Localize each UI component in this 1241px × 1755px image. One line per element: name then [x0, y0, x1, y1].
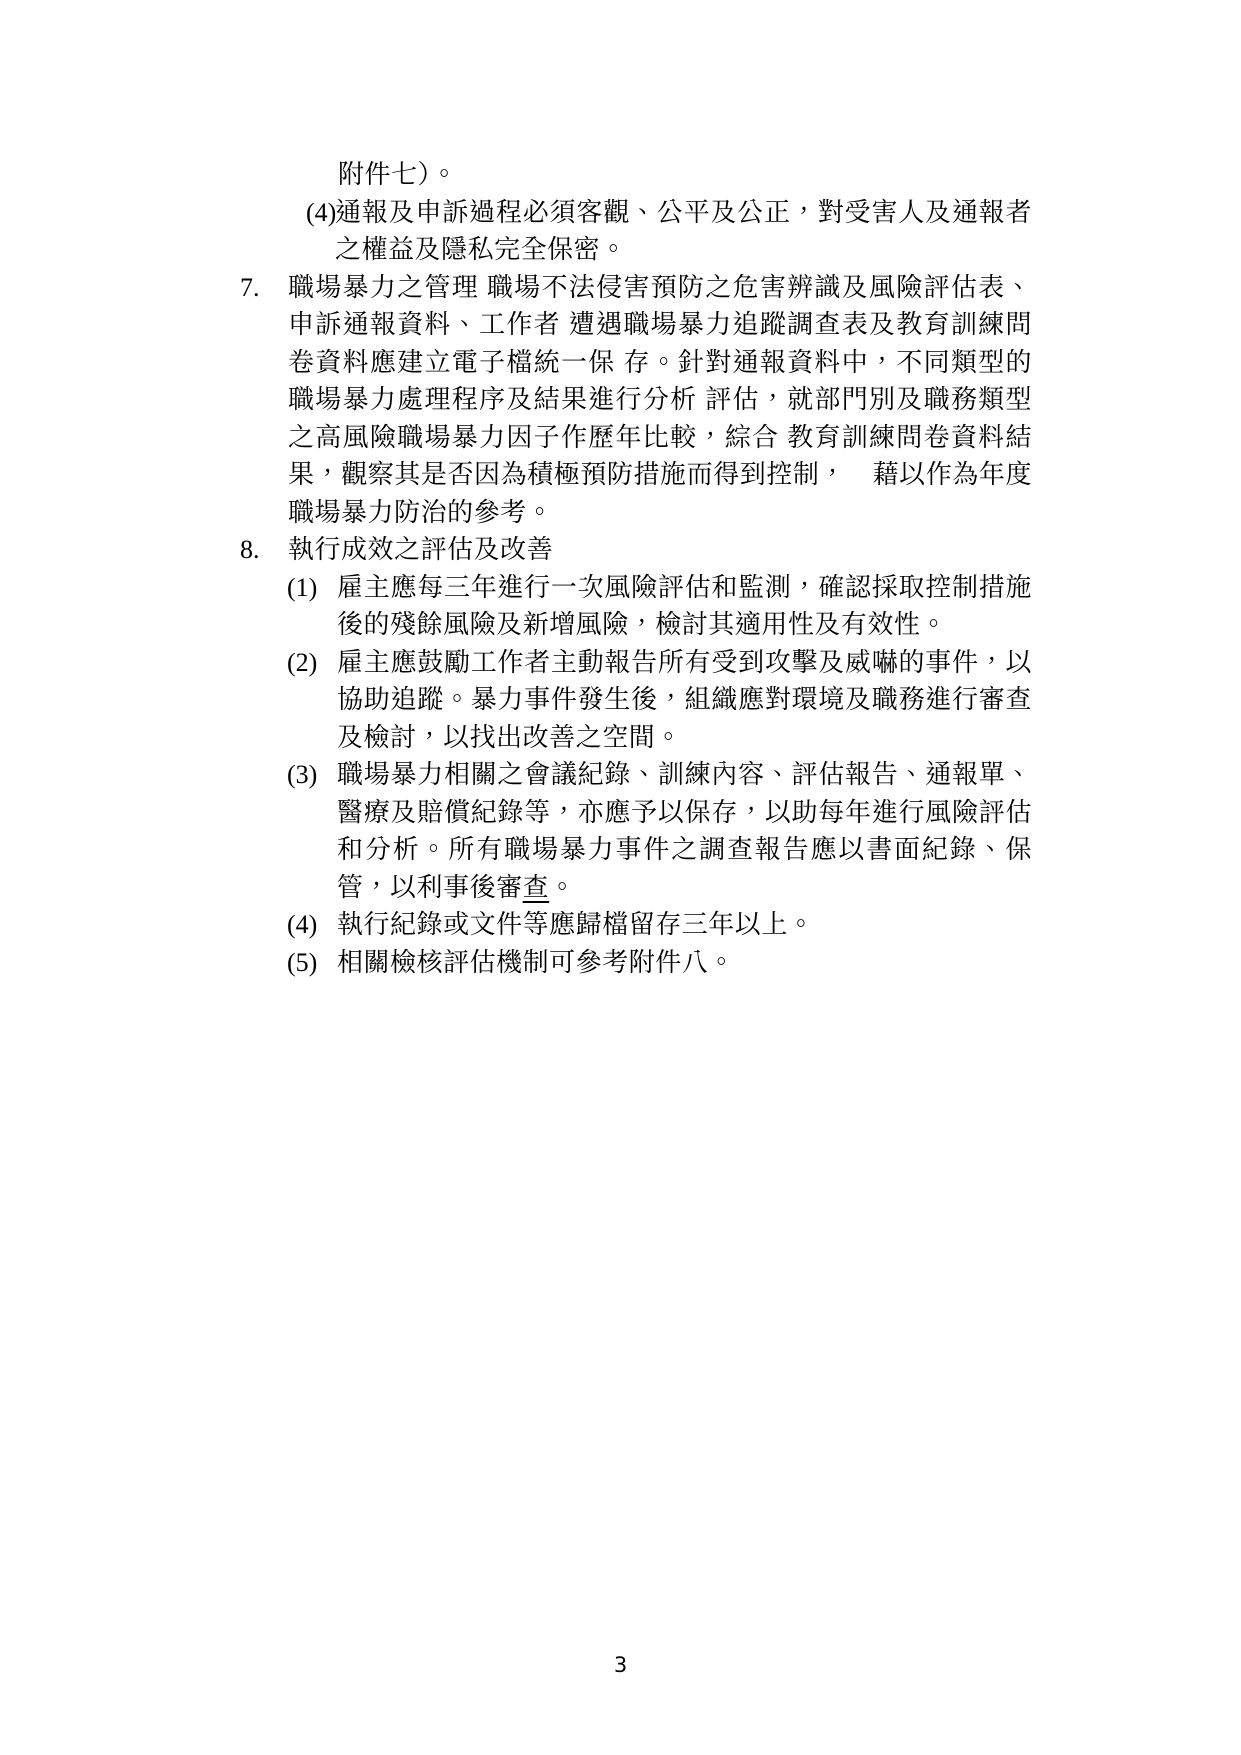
list-item-prev-4: (4)通報及申訴過程必須客觀、公平及公正，對受害人及通報者之權益及隱私完全保密。: [240, 194, 1032, 269]
list-item-marker: (4): [287, 906, 317, 944]
underlined-text: 查: [523, 873, 550, 902]
list-item-marker: (4): [306, 194, 336, 232]
list-item-marker: (3): [287, 756, 317, 794]
document-body: 附件七）。 (4)通報及申訴過程必須客觀、公平及公正，對受害人及通報者之權益及隱…: [240, 156, 1032, 981]
list-item-text: 職場暴力之管理 職場不法侵害預防之危害辨識及風險評估表、申訴通報資料、工作者 遭…: [288, 273, 1032, 527]
list-item-8-2: (2)雇主應鼓勵工作者主動報告所有受到攻擊及威嚇的事件，以協助追蹤。暴力事件發生…: [240, 644, 1032, 757]
list-item-marker: (5): [287, 944, 317, 982]
page-number: 3: [0, 1651, 1241, 1679]
list-item-text: 執行紀錄或文件等應歸檔留存三年以上。: [337, 910, 814, 939]
list-item-text: 職場暴力相關之會議紀錄、訓練內容、評估報告、通報單、醫療及賠償紀錄等，亦應予以保…: [337, 760, 1032, 902]
list-item-marker: 8.: [240, 531, 260, 569]
list-item-text: 通報及申訴過程必須客觀、公平及公正，對受害人及通報者之權益及隱私完全保密。: [335, 198, 1032, 265]
list-item-text: 相關檢核評估機制可參考附件八。: [337, 948, 735, 977]
list-item-text-tail: 。: [549, 873, 576, 902]
list-item-8-5: (5)相關檢核評估機制可參考附件八。: [240, 944, 1032, 982]
list-item-text: 雇主應每三年進行一次風險評估和監測，確認採取控制措施後的殘餘風險及新增風險，檢討…: [337, 573, 1032, 640]
continuation-line: 附件七）。: [240, 156, 1032, 194]
list-item-8-1: (1)雇主應每三年進行一次風險評估和監測，確認採取控制措施後的殘餘風險及新增風險…: [240, 569, 1032, 644]
list-item-marker: 7.: [240, 269, 260, 307]
list-item-text: 雇主應鼓勵工作者主動報告所有受到攻擊及威嚇的事件，以協助追蹤。暴力事件發生後，組…: [337, 648, 1032, 752]
list-item-7: 7.職場暴力之管理 職場不法侵害預防之危害辨識及風險評估表、申訴通報資料、工作者…: [240, 269, 1032, 532]
list-item-marker: (2): [287, 644, 317, 682]
document-page: 附件七）。 (4)通報及申訴過程必須客觀、公平及公正，對受害人及通報者之權益及隱…: [0, 0, 1241, 1755]
list-item-marker: (1): [287, 569, 317, 607]
list-item-8: 8.執行成效之評估及改善: [240, 531, 1032, 569]
list-item-8-4: (4)執行紀錄或文件等應歸檔留存三年以上。: [240, 906, 1032, 944]
list-item-8-3: (3)職場暴力相關之會議紀錄、訓練內容、評估報告、通報單、醫療及賠償紀錄等，亦應…: [240, 756, 1032, 906]
list-item-heading: 執行成效之評估及改善: [288, 535, 553, 564]
